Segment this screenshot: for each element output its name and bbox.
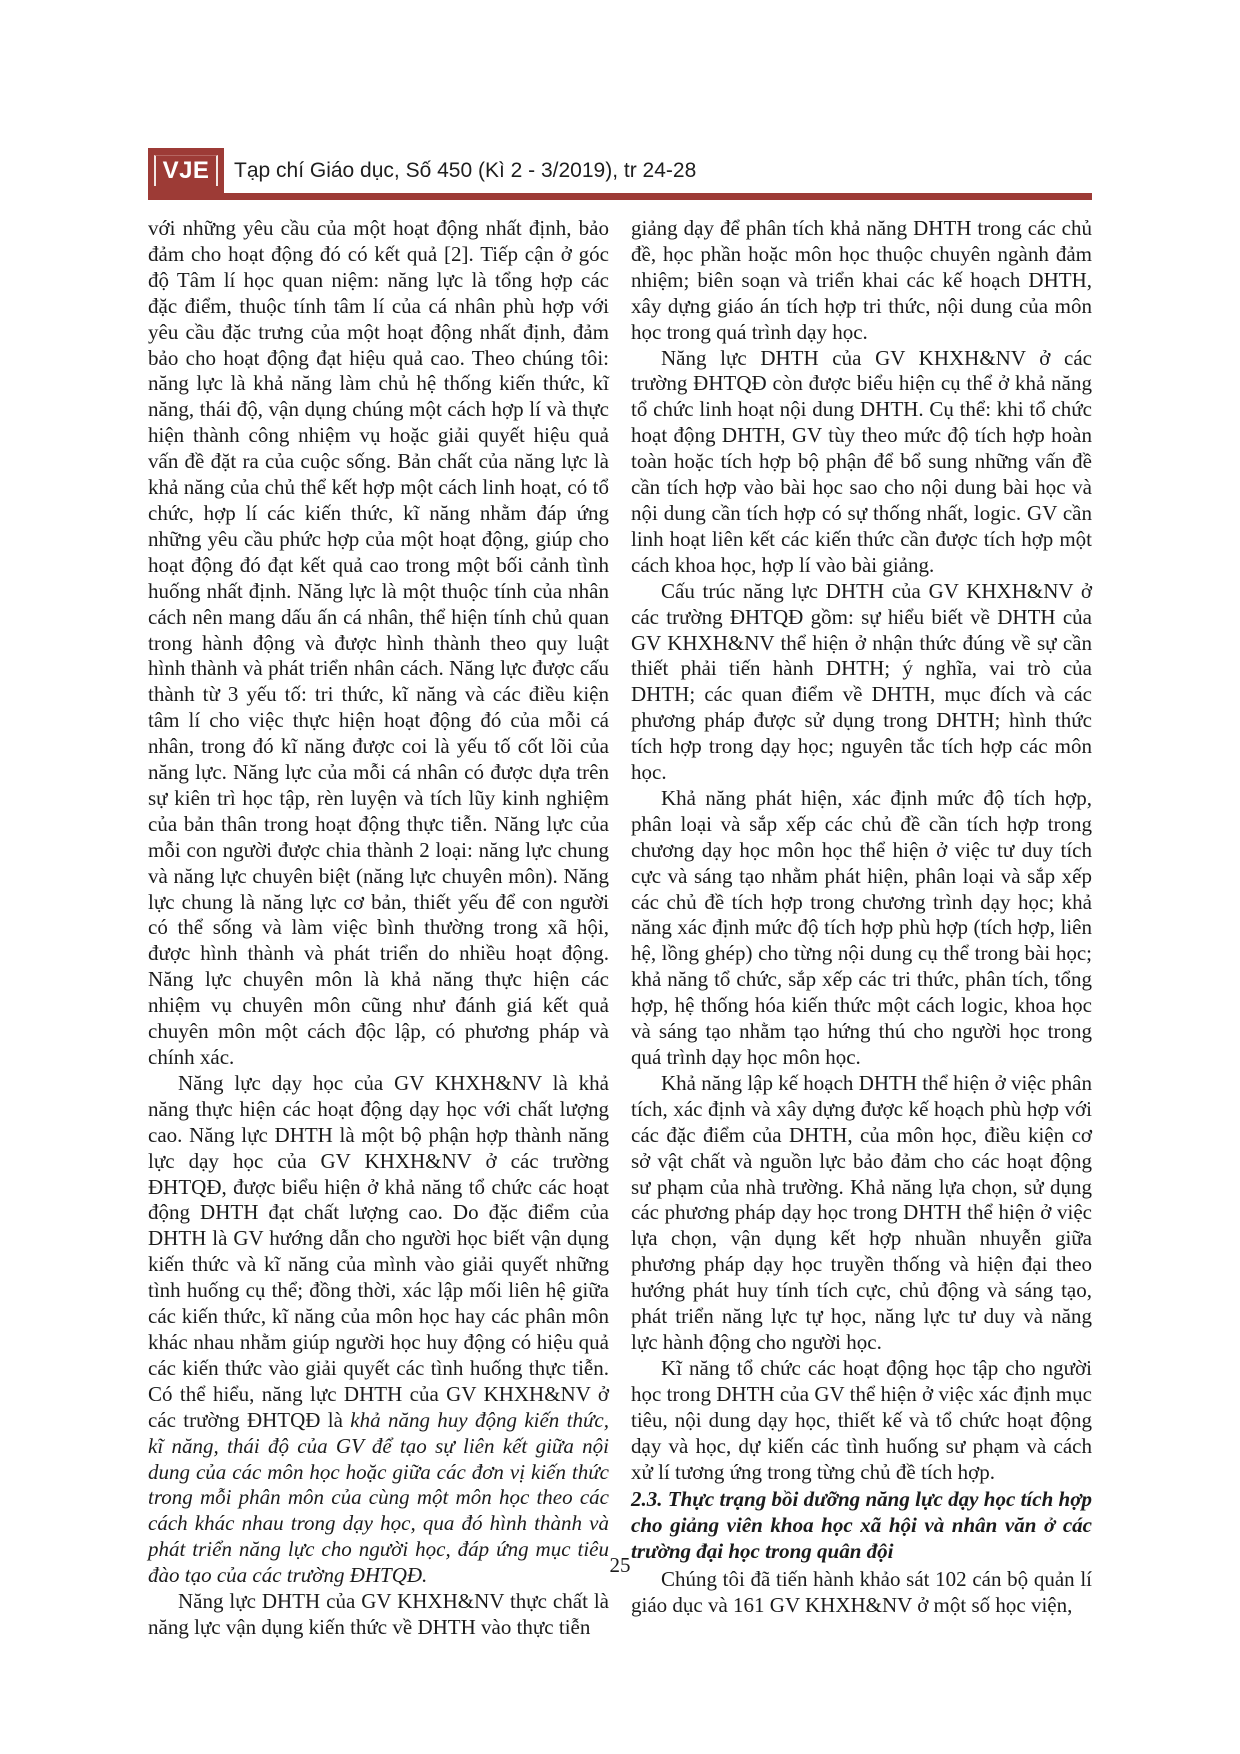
paragraph: Cấu trúc năng lực DHTH của GV KHXH&NV ở … bbox=[631, 579, 1092, 786]
page-header: VJE Tạp chí Giáo dục, Số 450 (Kì 2 - 3/2… bbox=[148, 148, 1092, 193]
vje-logo: VJE bbox=[148, 148, 224, 193]
paragraph: Khả năng phát hiện, xác định mức độ tích… bbox=[631, 786, 1092, 1071]
right-column: giảng dạy để phân tích khả năng DHTH tro… bbox=[631, 216, 1092, 1641]
paragraph: Khả năng lập kế hoạch DHTH thể hiện ở vi… bbox=[631, 1071, 1092, 1356]
paragraph-continuation: giảng dạy để phân tích khả năng DHTH tro… bbox=[631, 216, 1092, 346]
paragraph-continuation: với những yêu cầu của một hoạt động nhất… bbox=[148, 216, 609, 1071]
journal-page: VJE Tạp chí Giáo dục, Số 450 (Kì 2 - 3/2… bbox=[0, 0, 1240, 1754]
paragraph: Kĩ năng tổ chức các hoạt động học tập ch… bbox=[631, 1356, 1092, 1486]
left-column: với những yêu cầu của một hoạt động nhất… bbox=[148, 216, 609, 1641]
article-body: với những yêu cầu của một hoạt động nhất… bbox=[148, 216, 1092, 1641]
paragraph: Năng lực dạy học của GV KHXH&NV là khả n… bbox=[148, 1071, 609, 1589]
header-divider-rule bbox=[148, 193, 1092, 200]
paragraph-text: Năng lực dạy học của GV KHXH&NV là khả n… bbox=[148, 1071, 609, 1432]
paragraph: Năng lực DHTH của GV KHXH&NV ở các trườn… bbox=[631, 346, 1092, 579]
page-number: 25 bbox=[0, 1553, 1240, 1578]
paragraph: Năng lực DHTH của GV KHXH&NV thực chất l… bbox=[148, 1589, 609, 1641]
vje-logo-text: VJE bbox=[154, 155, 219, 186]
journal-citation-line: Tạp chí Giáo dục, Số 450 (Kì 2 - 3/2019)… bbox=[234, 148, 696, 193]
